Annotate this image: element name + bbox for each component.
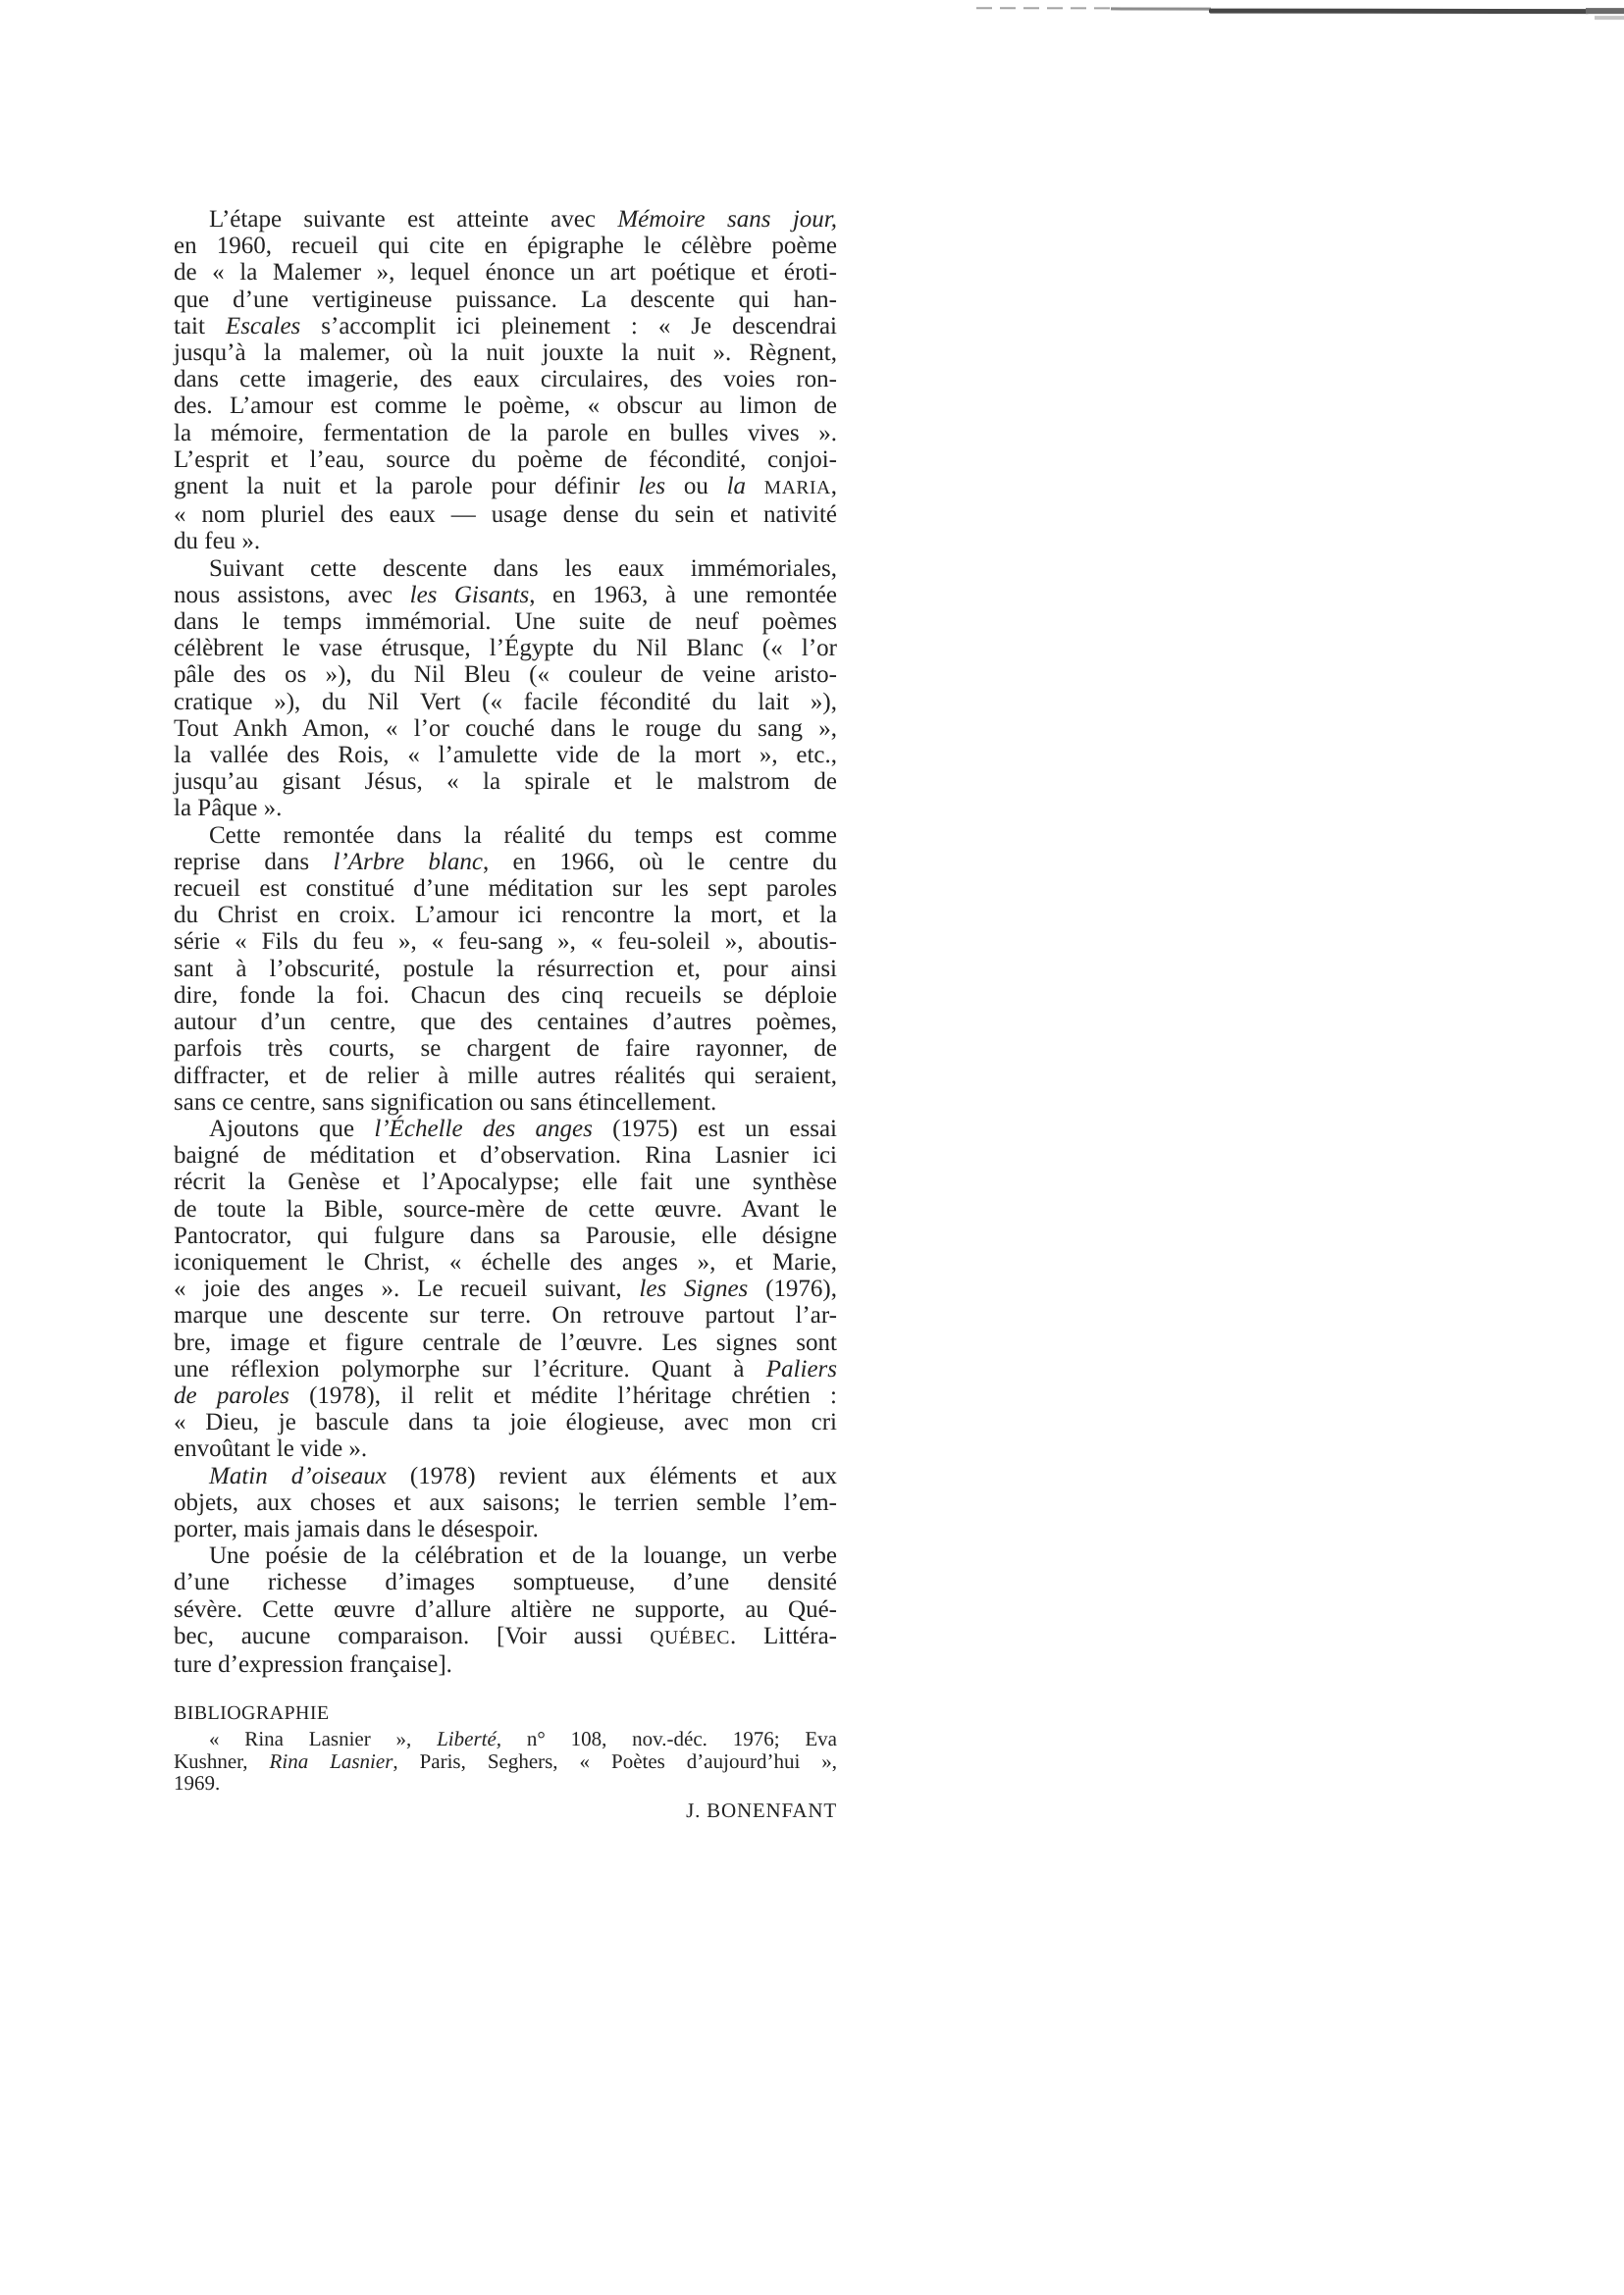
text-run: Pantocrator, qui fulgure dans sa Parousi… [174,1223,837,1249]
text-line-content: de paroles (1978), il relit et médite l’… [174,1382,837,1409]
text-line: Kushner, Rina Lasnier, Paris, Seghers, «… [174,1750,837,1772]
text-run: des. L’amour est comme le poème, « obscu… [174,392,837,419]
text-run: dire, fonde la foi. Chacun des cinq recu… [174,982,837,1009]
text-line: Une poésie de la célébration et de la lo… [174,1542,837,1569]
text-line-content: parfois très courts, se chargent de fair… [174,1035,837,1062]
text-line: Cette remontée dans la réalité du temps … [174,822,837,849]
text-line-content: du feu ». [174,528,260,554]
text-line-content: « Dieu, je bascule dans ta joie élogieus… [174,1409,837,1435]
italic-run: l’Échelle des anges [374,1116,592,1142]
text-line: parfois très courts, se chargent de fair… [174,1035,837,1062]
text-line-content: la vallée des Rois, « l’amulette vide de… [174,742,837,768]
text-run: « Rina Lasnier », [209,1727,437,1750]
text-line: de paroles (1978), il relit et médite l’… [174,1382,837,1409]
text-run: Kushner, [174,1749,270,1773]
text-line-content: pâle des os »), du Nil Bleu (« couleur d… [174,661,837,688]
text-line-content: envoûtant le vide ». [174,1435,367,1462]
text-line: « nom pluriel des eaux — usage dense du … [174,501,837,528]
text-run: « nom pluriel des eaux — usage dense du … [174,501,837,528]
text-run: dans cette imagerie, des eaux circulaire… [174,366,837,392]
text-line: nous assistons, avec les Gisants, en 196… [174,582,837,608]
text-line: « Rina Lasnier », Liberté, n° 108, nov.-… [174,1728,837,1749]
text-run: autour d’un centre, que des centaines d’… [174,1009,837,1035]
text-line-content: porter, mais jamais dans le désespoir. [174,1516,539,1542]
text-line: Pantocrator, qui fulgure dans sa Parousi… [174,1223,837,1249]
text-line-content: jusqu’à la malemer, où la nuit jouxte la… [174,339,837,366]
text-line: ture d’expression française]. [174,1651,837,1678]
text-run: sévère. Cette œuvre d’allure altière ne … [174,1596,837,1623]
text-run: de « la Malemer », lequel énonce un art … [174,259,837,286]
text-run: envoûtant le vide ». [174,1435,367,1462]
artifact-segment [976,7,1114,9]
text-line: la vallée des Rois, « l’amulette vide de… [174,742,837,768]
article-column: L’étape suivante est atteinte avec Mémoi… [174,206,837,1822]
text-line-content: Kushner, Rina Lasnier, Paris, Seghers, «… [174,1749,837,1773]
text-line: récrit la Genèse et l’Apocalypse; elle f… [174,1169,837,1195]
text-line-content: ture d’expression française]. [174,1651,452,1678]
text-line-content: sévère. Cette œuvre d’allure altière ne … [174,1596,837,1623]
text-run: porter, mais jamais dans le désespoir. [174,1516,539,1542]
text-line: dans le temps immémorial. Une suite de n… [174,608,837,635]
text-run: parfois très courts, se chargent de fair… [174,1035,837,1062]
text-line-content: « Rina Lasnier », Liberté, n° 108, nov.-… [209,1727,837,1750]
text-line-content: reprise dans l’Arbre blanc, en 1966, où … [174,849,837,875]
text-line: Ajoutons que l’Échelle des anges (1975) … [174,1116,837,1142]
text-run: bec, aucune comparaison. [Voir aussi [174,1623,650,1649]
text-line: « joie des anges ». Le recueil suivant, … [174,1276,837,1302]
text-line: baigné de méditation et d’observation. R… [174,1142,837,1169]
text-run: tait [174,313,226,339]
text-line-content: Suivant cette descente dans les eaux imm… [209,555,837,582]
text-line-content: 1969. [174,1771,220,1795]
smallcaps-run: QUÉBEC [650,1628,730,1648]
text-run: s’accomplit ici pleinement : « Je descen… [300,313,837,339]
text-line-content: gnent la nuit et la parole pour définir … [174,473,837,499]
text-line-content: sans ce centre, sans signification ou sa… [174,1089,716,1116]
text-run: pâle des os »), du Nil Bleu (« couleur d… [174,661,837,688]
article-body: L’étape suivante est atteinte avec Mémoi… [174,206,837,1678]
text-line-content: d’une richesse d’images somptueuse, d’un… [174,1569,837,1595]
text-run: la vallée des Rois, « l’amulette vide de… [174,742,837,768]
text-line: objets, aux choses et aux saisons; le te… [174,1489,837,1516]
text-line-content: bec, aucune comparaison. [Voir aussi QUÉ… [174,1623,837,1649]
text-run: L’esprit et l’eau, source du poème de fé… [174,446,837,473]
text-line: bec, aucune comparaison. [Voir aussi QUÉ… [174,1623,837,1651]
text-line: Suivant cette descente dans les eaux imm… [174,555,837,582]
text-line: recueil est constitué d’une méditation s… [174,875,837,902]
text-line: iconiquement le Christ, « échelle des an… [174,1249,837,1276]
text-run: du feu ». [174,528,260,554]
text-run: une réflexion polymorphe sur l’écriture.… [174,1356,766,1382]
text-line: cratique »), du Nil Vert (« facile fécon… [174,689,837,715]
text-line-content: de toute la Bible, source-mère de cette … [174,1196,837,1223]
text-line-content: autour d’un centre, que des centaines d’… [174,1009,837,1035]
text-line: marque une descente sur terre. On retrou… [174,1302,837,1329]
bibliography-body: « Rina Lasnier », Liberté, n° 108, nov.-… [174,1728,837,1794]
text-run: du Christ en croix. L’amour ici rencontr… [174,902,837,928]
artifact-segment [1209,9,1590,15]
text-line-content: cratique »), du Nil Vert (« facile fécon… [174,689,837,715]
text-line: autour d’un centre, que des centaines d’… [174,1009,837,1035]
text-line: du Christ en croix. L’amour ici rencontr… [174,902,837,928]
text-line-content: des. L’amour est comme le poème, « obscu… [174,392,837,419]
text-line: une réflexion polymorphe sur l’écriture.… [174,1356,837,1382]
text-line-content: L’esprit et l’eau, source du poème de fé… [174,446,837,473]
text-line: des. L’amour est comme le poème, « obscu… [174,392,837,419]
italic-run: de paroles [174,1382,289,1409]
text-line: la mémoire, fermentation de la parole en… [174,420,837,446]
text-run: d’une richesse d’images somptueuse, d’un… [174,1569,837,1595]
text-line-content: nous assistons, avec les Gisants, en 196… [174,582,837,608]
text-run: baigné de méditation et d’observation. R… [174,1142,837,1169]
text-run: L’étape suivante est atteinte avec [209,206,617,233]
text-line-content: L’étape suivante est atteinte avec Mémoi… [209,206,837,233]
text-line: jusqu’au gisant Jésus, « la spirale et l… [174,768,837,795]
text-line-content: iconiquement le Christ, « échelle des an… [174,1249,837,1276]
text-line-content: dans cette imagerie, des eaux circulaire… [174,366,837,392]
text-line: dire, fonde la foi. Chacun des cinq recu… [174,982,837,1009]
text-run: (1975) est un essai [593,1116,837,1142]
text-run [746,473,764,499]
text-line-content: récrit la Genèse et l’Apocalypse; elle f… [174,1169,837,1195]
text-line: bre, image et figure centrale de l’œuvre… [174,1330,837,1356]
text-line-content: dire, fonde la foi. Chacun des cinq recu… [174,982,837,1009]
text-run: , en 1963, à une remontée [529,582,837,608]
text-line-content: du Christ en croix. L’amour ici rencontr… [174,902,837,928]
text-run: Suivant cette descente dans les eaux imm… [209,555,837,582]
text-run: en 1960, recueil qui cite en épigraphe l… [174,233,837,259]
text-run: récrit la Genèse et l’Apocalypse; elle f… [174,1169,837,1195]
text-line-content: célèbrent le vase étrusque, l’Égypte du … [174,635,837,661]
text-run: (1978) revient aux éléments et aux [387,1463,837,1489]
scan-artifact-line [0,0,1624,30]
text-line: dans cette imagerie, des eaux circulaire… [174,366,837,392]
text-run: jusqu’à la malemer, où la nuit jouxte la… [174,339,837,366]
text-run: « Dieu, je bascule dans ta joie élogieus… [174,1409,837,1435]
text-line: de « la Malemer », lequel énonce un art … [174,259,837,286]
text-line: la Pâque ». [174,795,837,821]
text-line-content: recueil est constitué d’une méditation s… [174,875,837,902]
text-line: jusqu’à la malemer, où la nuit jouxte la… [174,339,837,366]
text-line: pâle des os »), du Nil Bleu (« couleur d… [174,661,837,688]
text-line-content: que d’une vertigineuse puissance. La des… [174,287,837,313]
text-line-content: objets, aux choses et aux saisons; le te… [174,1489,837,1516]
text-run: ture d’expression française]. [174,1651,452,1678]
italic-run: les Signes [639,1276,748,1302]
text-line: gnent la nuit et la parole pour définir … [174,473,837,501]
text-run: ou [665,473,726,499]
text-run: Ajoutons que [209,1116,374,1142]
text-run: gnent la nuit et la parole pour définir [174,473,638,499]
text-line: envoûtant le vide ». [174,1435,837,1462]
italic-run: l’Arbre blanc [333,849,483,875]
bibliography-heading: BIBLIOGRAPHIE [174,1701,837,1725]
text-line: diffracter, et de relier à mille autres … [174,1063,837,1089]
text-line: d’une richesse d’images somptueuse, d’un… [174,1569,837,1595]
text-line: tait Escales s’accomplit ici pleinement … [174,313,837,339]
text-run: série « Fils du feu », « feu-sang », « f… [174,928,837,955]
text-line: L’esprit et l’eau, source du poème de fé… [174,446,837,473]
text-run: Tout Ankh Amon, « l’or couché dans le ro… [174,715,837,742]
text-line: sant à l’obscurité, postule la résurrect… [174,956,837,982]
text-line: en 1960, recueil qui cite en épigraphe l… [174,233,837,259]
text-line-content: Une poésie de la célébration et de la lo… [209,1542,837,1569]
text-line-content: « nom pluriel des eaux — usage dense du … [174,501,837,528]
text-run: « joie des anges ». Le recueil suivant, [174,1276,639,1302]
text-line: que d’une vertigineuse puissance. La des… [174,287,837,313]
italic-run: la [727,473,746,499]
text-line: Tout Ankh Amon, « l’or couché dans le ro… [174,715,837,742]
text-line: L’étape suivante est atteinte avec Mémoi… [174,206,837,233]
text-line-content: la mémoire, fermentation de la parole en… [174,420,837,446]
text-run: , [831,473,837,499]
text-run: diffracter, et de relier à mille autres … [174,1063,837,1089]
text-line: reprise dans l’Arbre blanc, en 1966, où … [174,849,837,875]
text-line-content: bre, image et figure centrale de l’œuvre… [174,1330,837,1356]
text-line-content: « joie des anges ». Le recueil suivant, … [174,1276,837,1302]
text-line-content: Cette remontée dans la réalité du temps … [209,822,837,849]
text-line-content: dans le temps immémorial. Une suite de n… [174,608,837,635]
italic-run: Matin d’oiseaux [209,1463,387,1489]
text-line: sans ce centre, sans signification ou sa… [174,1089,837,1116]
text-run: , Paris, Seghers, « Poètes d’aujourd’hui… [393,1749,837,1773]
text-line: de toute la Bible, source-mère de cette … [174,1196,837,1223]
italic-run: Liberté, [437,1727,501,1750]
text-line-content: série « Fils du feu », « feu-sang », « f… [174,928,837,955]
italic-run: les [638,473,665,499]
smallcaps-run: MARIA [764,478,831,498]
text-run: jusqu’au gisant Jésus, « la spirale et l… [174,768,837,795]
text-run: la mémoire, fermentation de la parole en… [174,420,837,446]
text-line-content: Ajoutons que l’Échelle des anges (1975) … [209,1116,837,1142]
text-line-content: baigné de méditation et d’observation. R… [174,1142,837,1169]
text-run: recueil est constitué d’une méditation s… [174,875,837,902]
text-line: sévère. Cette œuvre d’allure altière ne … [174,1596,837,1623]
text-run: dans le temps immémorial. Une suite de n… [174,608,837,635]
text-run: reprise dans [174,849,333,875]
text-line-content: jusqu’au gisant Jésus, « la spirale et l… [174,768,837,795]
text-run: objets, aux choses et aux saisons; le te… [174,1489,837,1516]
text-line-content: sant à l’obscurité, postule la résurrect… [174,956,837,982]
text-line-content: diffracter, et de relier à mille autres … [174,1063,837,1089]
text-run: , en 1966, où le centre du [483,849,837,875]
text-run: n° 108, nov.-déc. 1976; Eva [501,1727,837,1750]
text-line-content: tait Escales s’accomplit ici pleinement … [174,313,837,339]
text-line-content: Pantocrator, qui fulgure dans sa Parousi… [174,1223,837,1249]
text-line-content: Matin d’oiseaux (1978) revient aux éléme… [209,1463,837,1489]
text-run: marque une descente sur terre. On retrou… [174,1302,837,1329]
text-line: porter, mais jamais dans le désespoir. [174,1516,837,1542]
text-run: bre, image et figure centrale de l’œuvre… [174,1330,837,1356]
text-run: de toute la Bible, source-mère de cette … [174,1196,837,1223]
artifact-segment [1595,16,1624,20]
text-line: Matin d’oiseaux (1978) revient aux éléme… [174,1463,837,1489]
author-signature: J. BONENFANT [174,1799,837,1822]
text-line: « Dieu, je bascule dans ta joie élogieus… [174,1409,837,1435]
italic-run: les Gisants [410,582,530,608]
text-line-content: une réflexion polymorphe sur l’écriture.… [174,1356,837,1382]
text-run: sant à l’obscurité, postule la résurrect… [174,956,837,982]
text-run: iconiquement le Christ, « échelle des an… [174,1249,837,1276]
text-line: série « Fils du feu », « feu-sang », « f… [174,928,837,955]
text-line-content: en 1960, recueil qui cite en épigraphe l… [174,233,837,259]
italic-run: Rina Lasnier [270,1749,393,1773]
text-line: du feu ». [174,528,837,554]
artifact-segment [1586,8,1624,14]
text-run: Une poésie de la célébration et de la lo… [209,1542,837,1569]
text-run: (1978), il relit et médite l’héritage ch… [289,1382,837,1409]
text-line-content: marque une descente sur terre. On retrou… [174,1302,837,1329]
artifact-segment [1111,7,1211,10]
text-line: célèbrent le vase étrusque, l’Égypte du … [174,635,837,661]
text-run: 1969. [174,1771,220,1795]
italic-run: Paliers [766,1356,837,1382]
text-run: nous assistons, avec [174,582,410,608]
text-run: que d’une vertigineuse puissance. La des… [174,287,837,313]
scanned-page: L’étape suivante est atteinte avec Mémoi… [0,0,1624,2295]
text-run: sans ce centre, sans signification ou sa… [174,1089,716,1116]
text-run: . Littéra- [730,1623,837,1649]
text-run: cratique »), du Nil Vert (« facile fécon… [174,689,837,715]
text-line-content: Tout Ankh Amon, « l’or couché dans le ro… [174,715,837,742]
italic-run: Mémoire sans jour, [617,206,837,233]
text-run: (1976), [748,1276,837,1302]
text-line: 1969. [174,1772,837,1794]
text-line-content: la Pâque ». [174,795,282,821]
italic-run: Escales [226,313,300,339]
text-run: Cette remontée dans la réalité du temps … [209,822,837,849]
text-run: célèbrent le vase étrusque, l’Égypte du … [174,635,837,661]
text-run: la Pâque ». [174,795,282,821]
text-line-content: de « la Malemer », lequel énonce un art … [174,259,837,286]
